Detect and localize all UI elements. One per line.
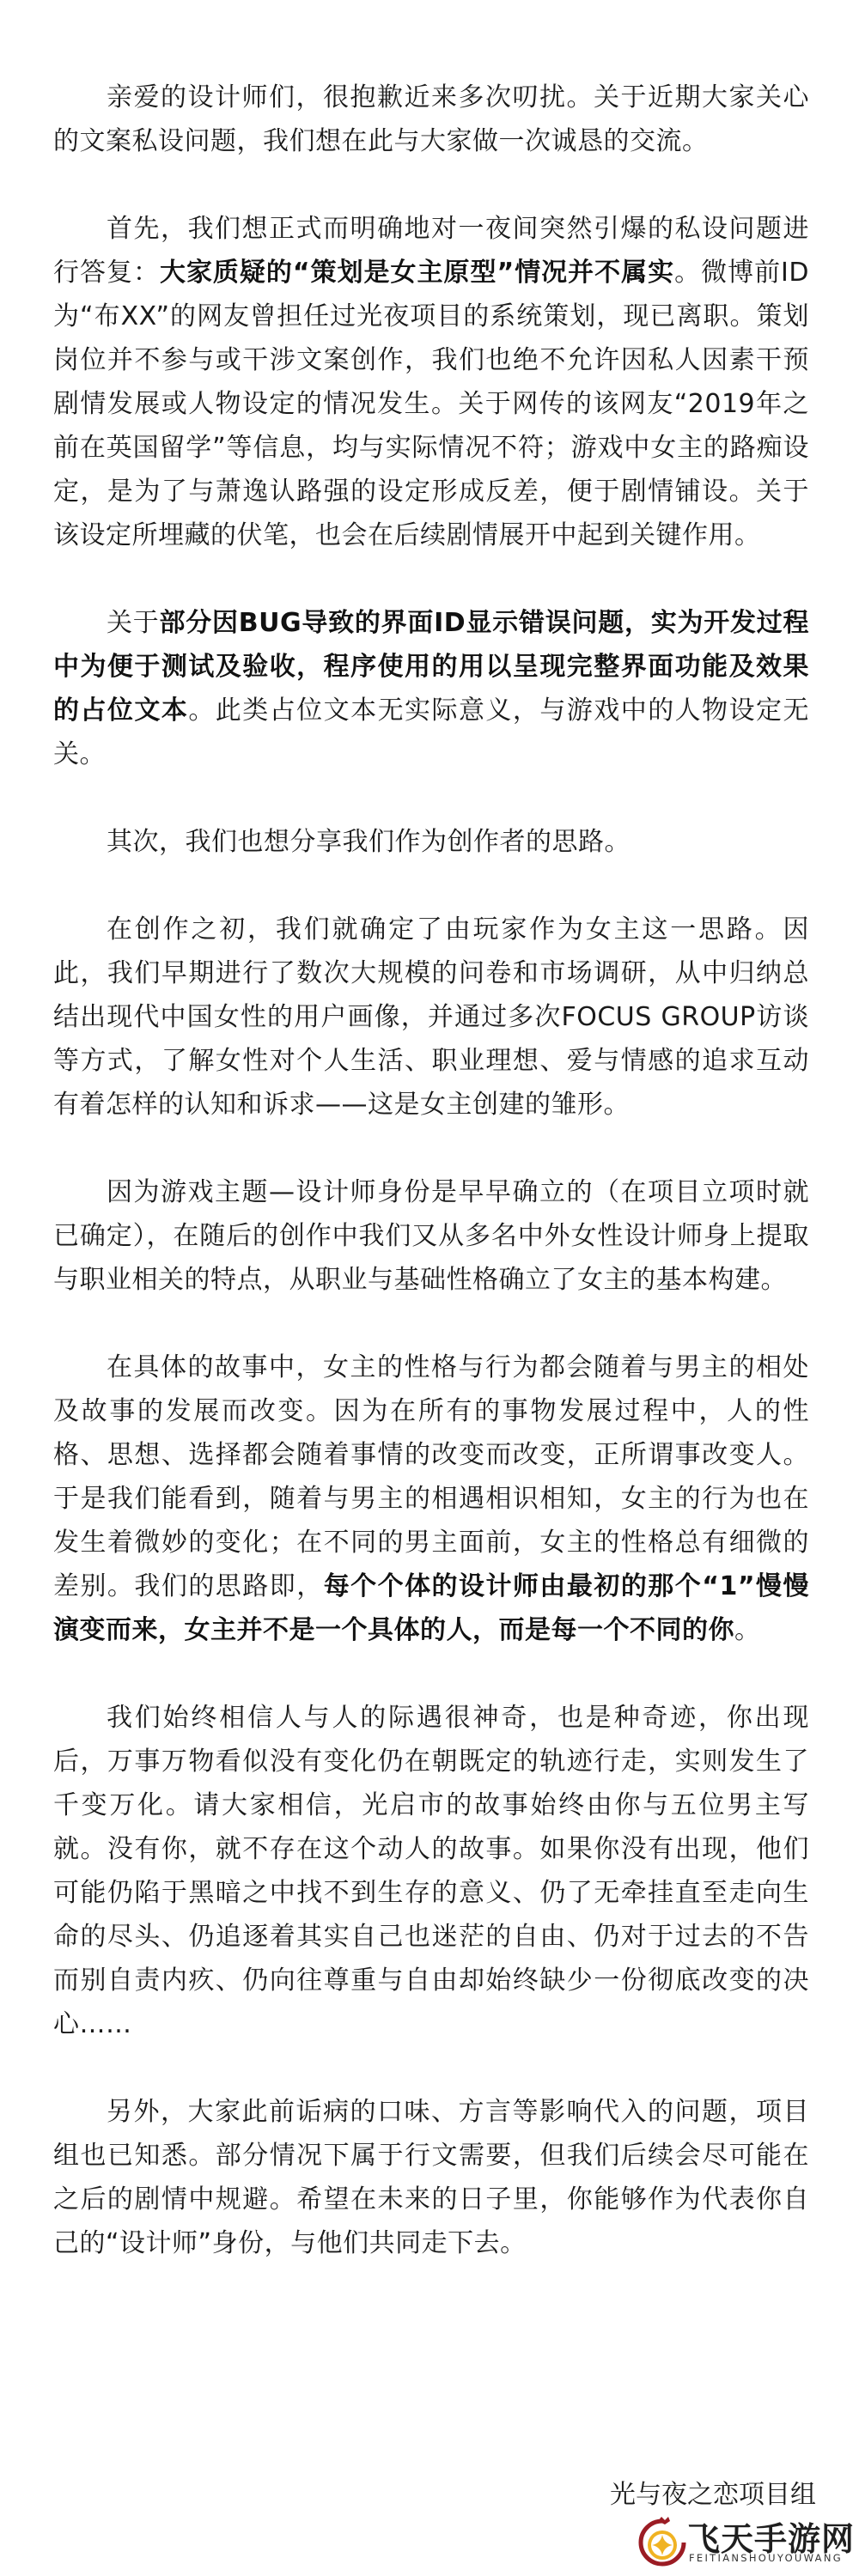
body-text: 在创作之初，我们就确定了由玩家作为女主这一思路。因此，我们早期进行了数次大规模的… <box>53 914 809 1120</box>
body-text: 另外，大家此前诟病的口味、方言等影响代入的问题，项目组也已知悉。部分情况下属于行… <box>53 2097 809 2258</box>
paragraph: 亲爱的设计师们，很抱歉近来多次叨扰。关于近期大家关心的文案私设问题，我们想在此与… <box>53 76 809 163</box>
paragraph: 因为游戏主题—设计师身份是早早确立的（在项目立项时就已确定），在随后的创作中我们… <box>53 1170 809 1302</box>
signature: 光与夜之恋项目组 <box>610 2473 816 2517</box>
watermark-logo: 飞天手游网 FEITIANSHOUYOUWANG <box>636 2514 855 2571</box>
paragraph: 另外，大家此前诟病的口味、方言等影响代入的问题，项目组也已知悉。部分情况下属于行… <box>53 2090 809 2265</box>
body-text: 亲爱的设计师们，很抱歉近来多次叨扰。关于近期大家关心的文案私设问题，我们想在此与… <box>53 82 809 156</box>
paragraph: 其次，我们也想分享我们作为创作者的思路。 <box>53 820 809 864</box>
paragraph: 关于部分因BUG导致的界面ID显示错误问题，实为开发过程中为便于测试及验收，程序… <box>53 601 809 776</box>
paragraph: 在具体的故事中，女主的性格与行为都会随着与男主的相处及故事的发展而改变。因为在所… <box>53 1346 809 1652</box>
emphasis-text: 大家质疑的“策划是女主原型”情况并不属实 <box>160 258 674 288</box>
body-text: 在具体的故事中，女主的性格与行为都会随着与男主的相处及故事的发展而改变。因为在所… <box>53 1352 809 1601</box>
body-text: 关于 <box>107 608 160 638</box>
body-text: 因为游戏主题—设计师身份是早早确立的（在项目立项时就已确定），在随后的创作中我们… <box>53 1177 809 1295</box>
dragon-coin-icon <box>636 2516 689 2569</box>
body-text: 。 <box>734 1615 761 1645</box>
watermark-name-en: FEITIANSHOUYOUWANG <box>689 2552 843 2564</box>
body-text: 其次，我们也想分享我们作为创作者的思路。 <box>107 827 631 857</box>
body-text: 我们始终相信人与人的际遇很神奇，也是种奇迹，你出现后，万事万物看似没有变化仍在朝… <box>53 1703 809 2039</box>
paragraph: 首先，我们想正式而明确地对一夜间突然引爆的私设问题进行答复：大家质疑的“策划是女… <box>53 207 809 557</box>
paragraph: 在创作之初，我们就确定了由玩家作为女主这一思路。因此，我们早期进行了数次大规模的… <box>53 908 809 1127</box>
paragraph: 我们始终相信人与人的际遇很神奇，也是种奇迹，你出现后，万事万物看似没有变化仍在朝… <box>53 1696 809 2046</box>
body-text: 。微博前ID为“布XX”的网友曾担任过光夜项目的系统策划，现已离职。策划岗位并不… <box>53 258 809 550</box>
announcement-body: 亲爱的设计师们，很抱歉近来多次叨扰。关于近期大家关心的文案私设问题，我们想在此与… <box>53 76 809 2309</box>
